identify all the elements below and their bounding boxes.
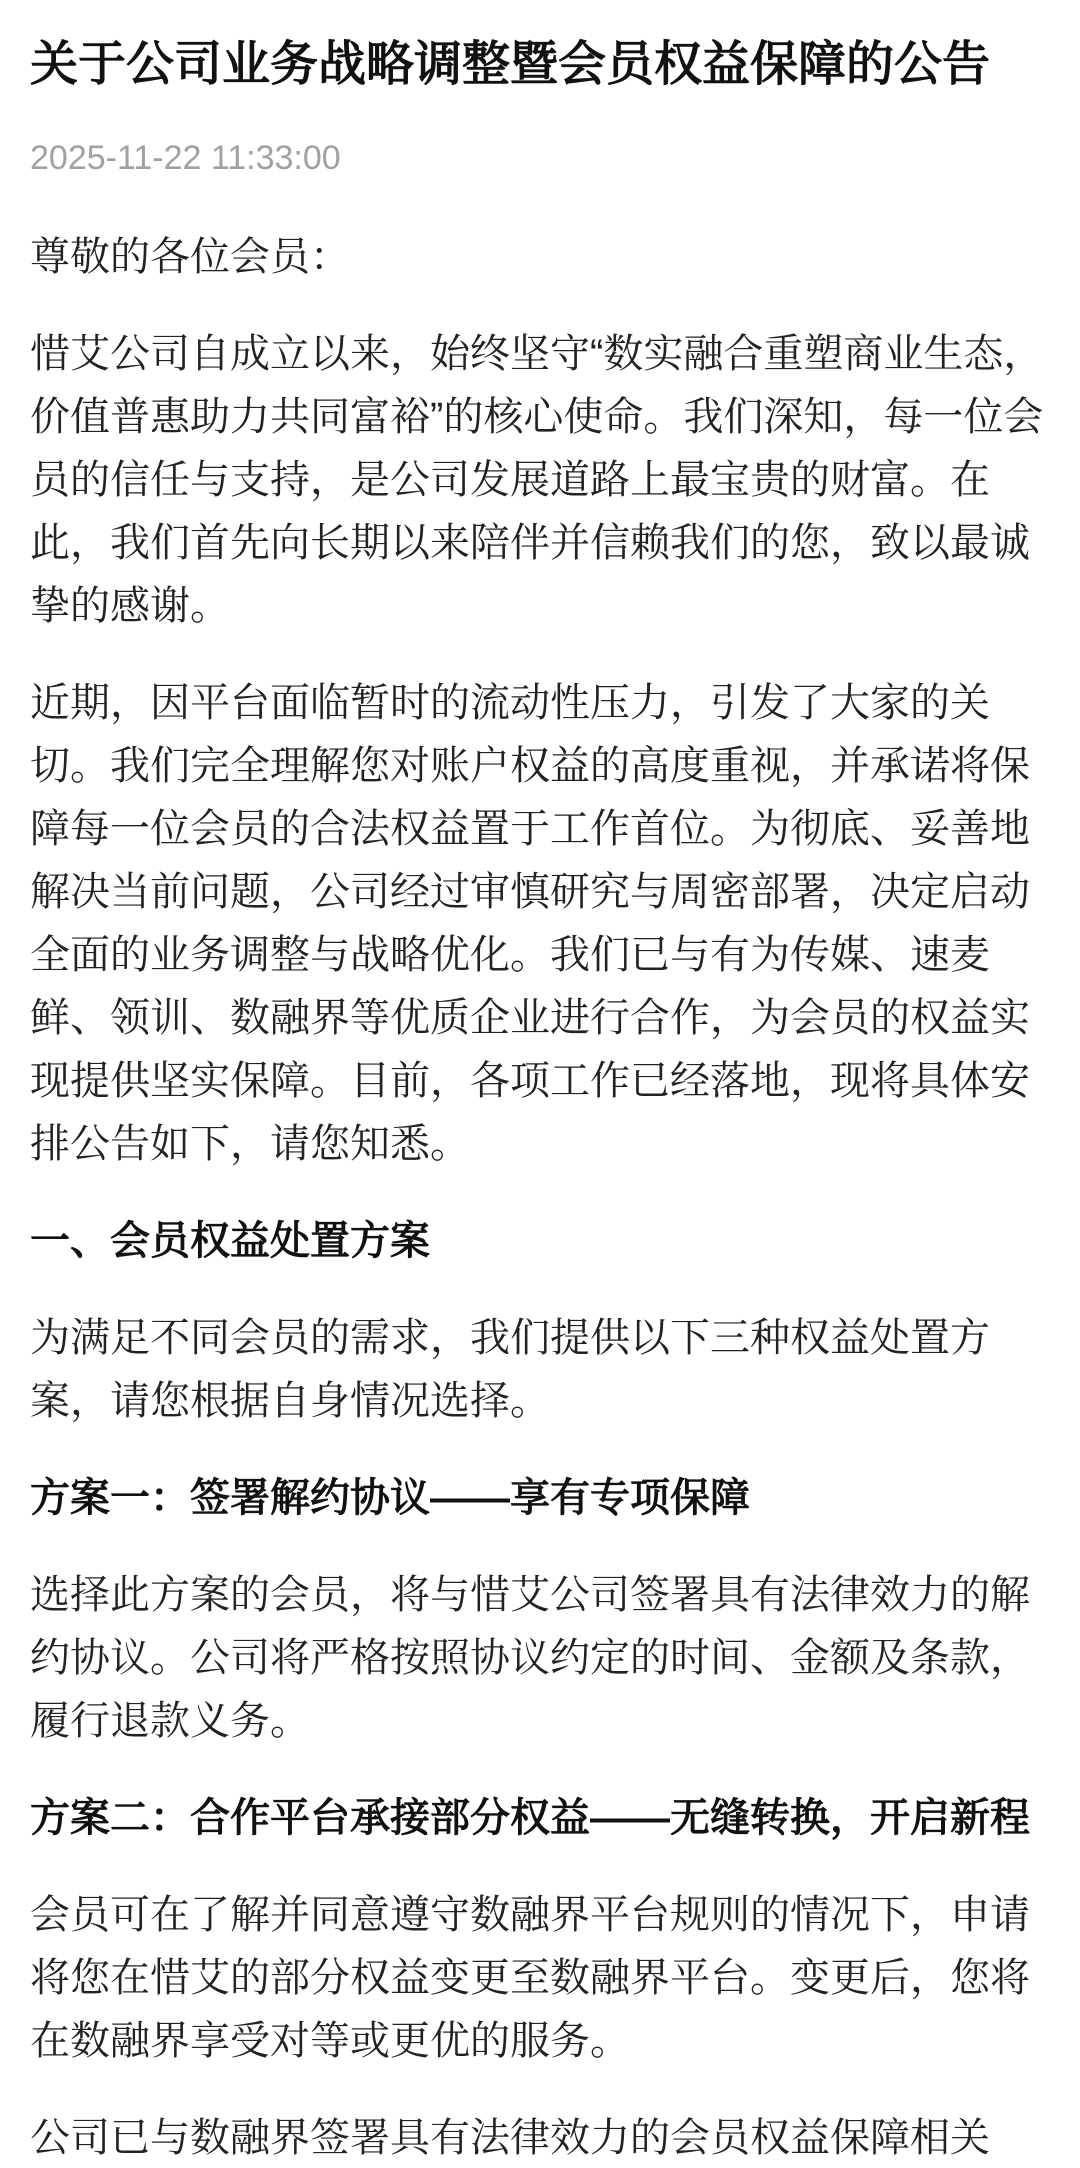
plan-2-agreement-paragraph: 公司已与数融界签署具有法律效力的会员权益保障相关 — [30, 2107, 1050, 2168]
intro-mission-paragraph: 惜艾公司自成立以来，始终坚守“数实融合重塑商业生态，价值普惠助力共同富裕”的核心… — [30, 323, 1050, 638]
situation-paragraph: 近期，因平台面临暂时的流动性压力，引发了大家的关切。我们完全理解您对账户权益的高… — [30, 672, 1050, 1176]
plan-2-paragraph: 会员可在了解并同意遵守数融界平台规则的情况下，申请将您在惜艾的部分权益变更至数融… — [30, 1884, 1050, 2073]
announcement-article: 关于公司业务战略调整暨会员权益保障的公告 2025-11-22 11:33:00… — [0, 31, 1080, 2168]
salutation-paragraph: 尊敬的各位会员： — [30, 226, 1050, 289]
plan-2-heading: 方案二：合作平台承接部分权益——无缝转换，开启新程 — [30, 1787, 1050, 1850]
plan-1-heading: 方案一：签署解约协议——享有专项保障 — [30, 1467, 1050, 1530]
page-title: 关于公司业务战略调整暨会员权益保障的公告 — [30, 31, 1050, 98]
section-1-heading: 一、会员权益处置方案 — [30, 1210, 1050, 1273]
publish-date: 2025-11-22 11:33:00 — [30, 136, 1050, 180]
plans-intro-paragraph: 为满足不同会员的需求，我们提供以下三种权益处置方案，请您根据自身情况选择。 — [30, 1307, 1050, 1433]
plan-1-paragraph: 选择此方案的会员，将与惜艾公司签署具有法律效力的解约协议。公司将严格按照协议约定… — [30, 1564, 1050, 1753]
